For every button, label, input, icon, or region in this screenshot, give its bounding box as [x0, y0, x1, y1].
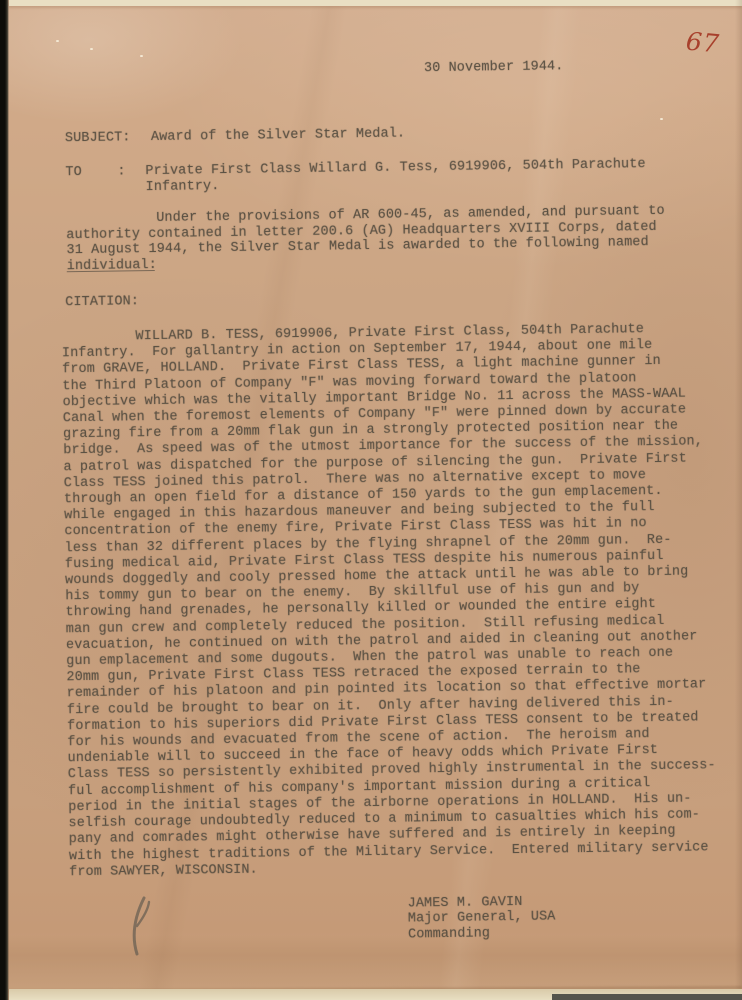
pencil-mark: [118, 892, 162, 958]
to-label: TO: [65, 165, 82, 180]
signature-rank: Major General, USA: [408, 909, 556, 926]
authority-paragraph: Under the provisions of AR 600-45, as am…: [66, 204, 666, 275]
to-colon: :: [117, 164, 125, 179]
subject-label: SUBJECT:: [65, 130, 131, 146]
citation-body: WILLARD B. TESS, 6919906, Private First …: [62, 321, 718, 881]
signature-name: JAMES M. GAVIN: [408, 895, 523, 912]
typewritten-text-layer: 30 November 1944. SUBJECT: Award of the …: [0, 0, 742, 1000]
document-scan: 30 November 1944. SUBJECT: Award of the …: [0, 0, 742, 1000]
subject-text: Award of the Silver Star Medal.: [151, 126, 405, 145]
to-addressee: Private First Class Willard G. Tess, 691…: [145, 157, 646, 195]
page-number-handwritten: 67: [685, 27, 721, 59]
typed-date: 30 November 1944.: [424, 59, 564, 76]
citation-heading: CITATION:: [65, 294, 139, 310]
signature-title: Commanding: [408, 926, 490, 942]
